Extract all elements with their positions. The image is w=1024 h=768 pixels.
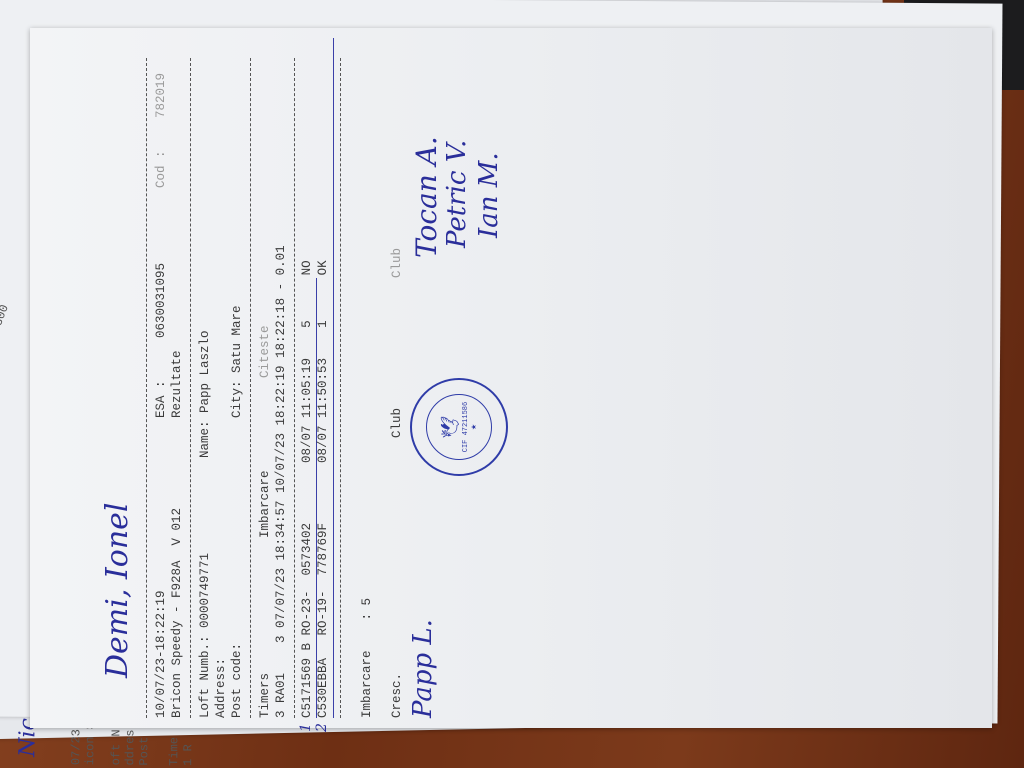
cresc-label: Cresc.: [390, 673, 404, 718]
star-icon: ★: [470, 424, 479, 430]
bird-mark-2: 2: [314, 723, 330, 732]
bird-mark-1: 1: [298, 723, 314, 732]
stamp-cif: CIF 47211586: [462, 402, 470, 452]
imbarcare-total: Imbarcare : 5: [360, 598, 374, 718]
under-fragment: 1 R: [181, 744, 195, 766]
device-info: Bricon Speedy - F928A V 012: [170, 508, 184, 718]
under-fragment: 07/23: [69, 729, 83, 765]
timer-row: 3 RA01 3 07/07/23 18:34:57 10/07/23 18:2…: [274, 245, 288, 718]
signature-club-3: Ian M.: [474, 152, 504, 238]
ink-underline: [333, 38, 334, 718]
header-datetime: 10/07/23-18:22:19: [154, 590, 168, 718]
report-type: Rezultate: [170, 350, 184, 418]
cod-label: Cod :: [154, 150, 168, 188]
signature-breeder: Papp L.: [408, 619, 438, 718]
divider: [340, 58, 341, 718]
under-fragment: Time: [167, 737, 181, 766]
under-fragment: ddres: [123, 729, 137, 765]
esa-value: 0630031095: [154, 263, 168, 338]
under-number: 06300: [0, 303, 12, 342]
bird-row: C5171569 B RO-23- 0573402 08/07 11:05:19…: [300, 260, 314, 718]
divider: [294, 58, 295, 718]
citeste-header: Citeste: [258, 325, 272, 378]
loft-address: Address:: [214, 658, 228, 718]
divider: [190, 58, 191, 718]
result-slip: Demi, Ionel 10/07/23-18:22:19 ESA : 0630…: [30, 28, 992, 728]
dove-icon: 🕊: [440, 416, 462, 439]
loft-post-code: Post code:: [230, 643, 244, 718]
divider: [250, 58, 251, 718]
cod-value: 782019: [154, 73, 168, 118]
loft-city: City: Satu Mare: [230, 305, 244, 418]
imbarcare-header: Imbarcare: [258, 470, 272, 538]
signature-club-1: Tocan A.: [410, 136, 443, 258]
loft-number: Loft Numb.: 0000749771: [198, 553, 212, 718]
esa-label: ESA :: [154, 380, 168, 418]
handwritten-header: Demi, Ionel: [100, 502, 135, 678]
divider: [146, 58, 147, 718]
bird-row: C530EBBA RO-19- 778769F 08/07 11:50:53 1…: [316, 260, 330, 718]
club-stamp: 🕊 CIF 47211586 ★: [410, 378, 508, 476]
under-fragment: oft N: [109, 729, 123, 765]
stamp-inner: 🕊 CIF 47211586 ★: [426, 394, 492, 460]
timers-header: Timers: [258, 673, 272, 718]
under-fragment: Post: [137, 737, 151, 766]
club-label: Club: [390, 408, 404, 438]
loft-name: Name: Papp Laszlo: [198, 330, 212, 458]
club-label-2: Club: [390, 248, 404, 278]
signature-club-2: Petric V.: [442, 140, 472, 248]
under-fragment: icon S: [83, 722, 97, 765]
